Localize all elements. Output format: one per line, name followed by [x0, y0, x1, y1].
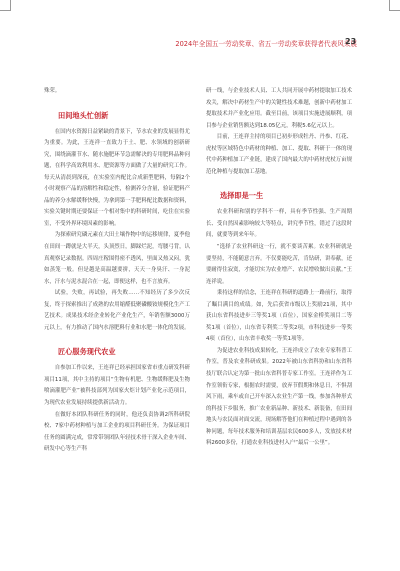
- running-header-title: 2024年全国五一劳动奖章、省五一劳动奖章获得者代表风采展: [0, 38, 357, 48]
- paragraph-continuation: 研一线，与企业技术人员、工人共同开展中药材提取加工技术攻关，解决中药材生产中的关…: [206, 86, 352, 132]
- section-heading-modern-agriculture: 匠心服务现代农业: [58, 345, 190, 359]
- paragraph: 为促进农业科技成果转化，王连祥成立了农业专家科普工作室，普及农业科研成果。202…: [206, 346, 352, 450]
- paragraph: 在做好本团队科研任务的同时，他还负责协调2所科研院校、7家中药材种植与加工企业的…: [44, 410, 190, 456]
- paragraph: 农业科研和别的学科不一样，具有季节性强、生产周期长、受自然因素影响较大等特点，讲…: [206, 207, 352, 242]
- paragraph: 试验，失败，再试验，再失败……不知经历了多少次反复，终于探索推出了成熟的农用缩醛…: [44, 288, 190, 334]
- section-heading-field-innovation: 田间地头忙创新: [58, 109, 190, 123]
- lead-fragment: 殊荣。: [44, 86, 190, 98]
- paragraph: “选择了农业科研这一行，就不要谈苦累。农业科研就是要坚持，不能随意言弃。不仅要能…: [206, 242, 352, 288]
- left-column: 殊荣。 田间地头忙创新 在国内水资源日益紧缺的背景下，节水农业的发展显得尤为重要…: [44, 86, 190, 456]
- right-column: 研一线，与企业技术人员、工人共同开展中药材提取加工技术攻关，解决中药材生产中的关…: [206, 86, 352, 450]
- paragraph: 秉持这样的信念，王连祥在科研的道路上一路前行，取得了瞩目满目的成绩。如，先后获省…: [206, 288, 352, 346]
- paragraph: 目前，王连祥主持的项目已初步形成牡丹、丹参、红花、虎杖等区域特色中药材的种植、加…: [206, 132, 352, 178]
- page-number: 23: [345, 37, 356, 46]
- paragraph: 自参加工作以来，王连祥已经承担国家省市重点研发科研项目11项，其中主持的项目“生…: [44, 363, 190, 409]
- crop-mark-top-right: [389, 0, 400, 11]
- paragraph: 在国内水资源日益紧缺的背景下，节水农业的发展显得尤为重要。为此，王连祥一直致力于…: [44, 127, 190, 231]
- paragraph: 为探索研究磷元素在大田土壤作物中的运移规律，夏季他在田间一蹲就是大半天，头顶烈日…: [44, 230, 190, 288]
- section-heading-lifelong-choice: 选择即是一生: [220, 189, 352, 203]
- crop-mark-top-left: [0, 0, 11, 11]
